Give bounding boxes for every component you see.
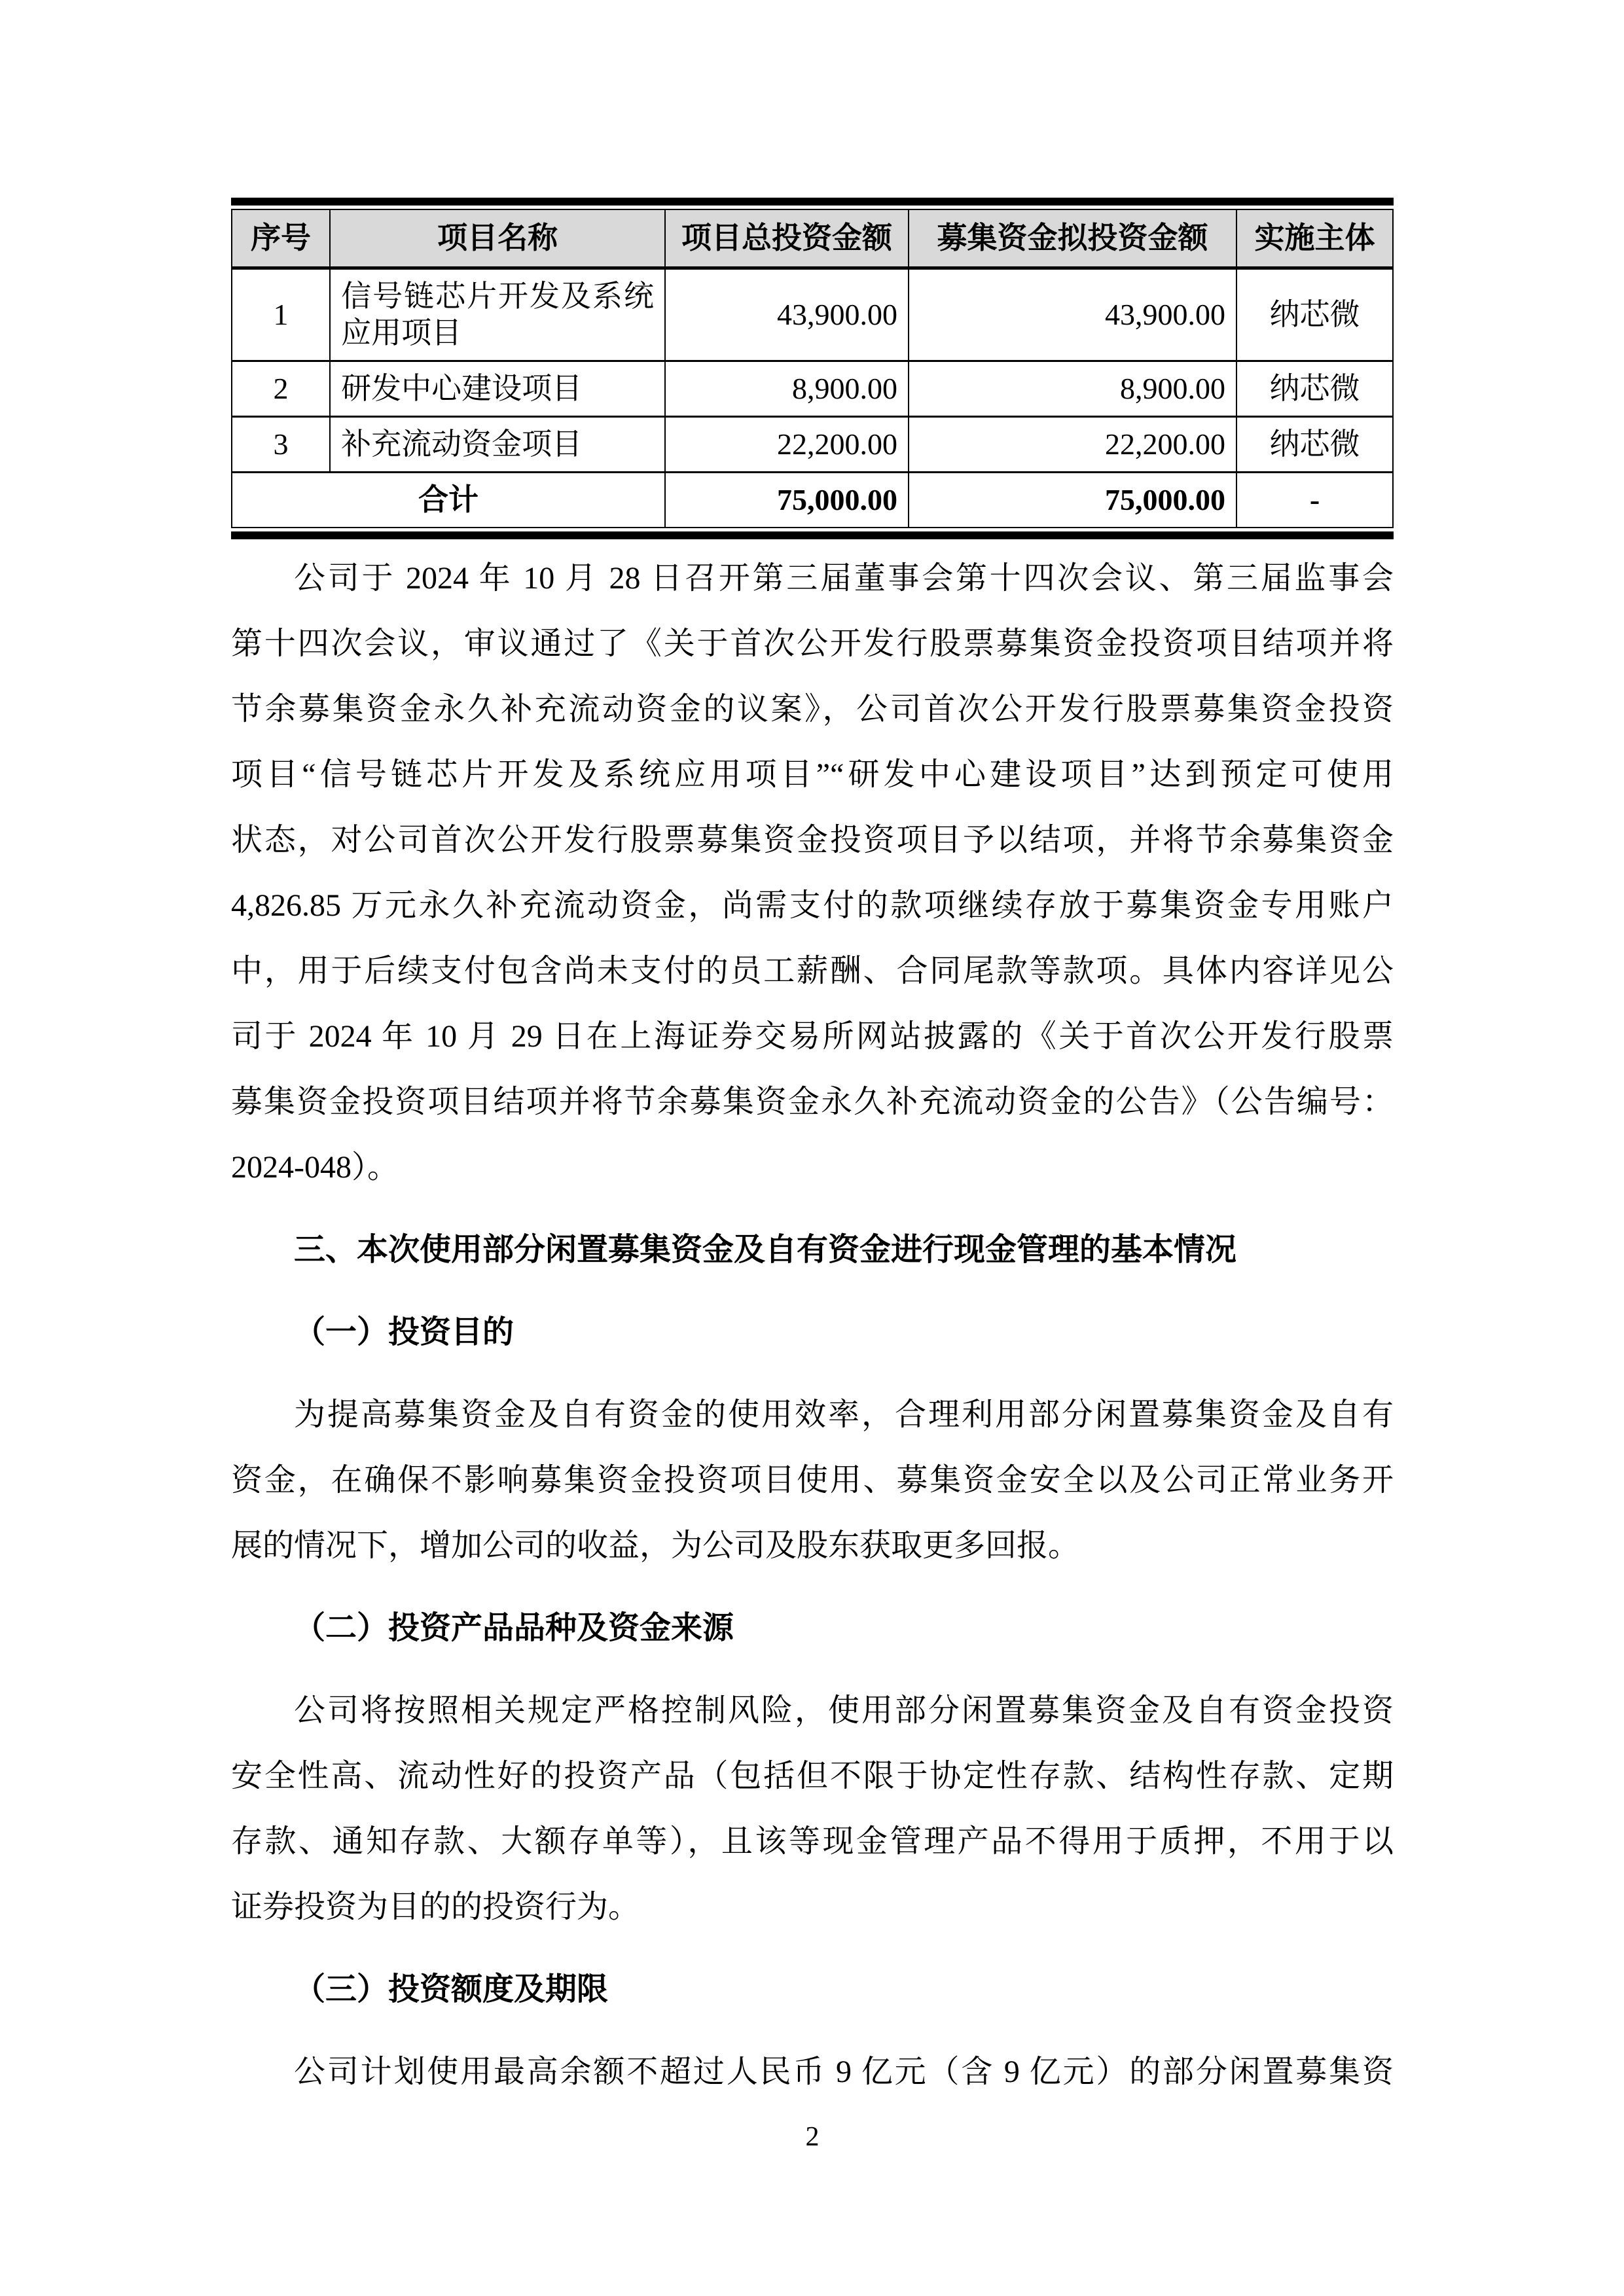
text-line: 状态，对公司首次公开发行股票募集资金投资项目予以结项，并将节余募集资金	[231, 808, 1394, 873]
header-total-investment: 项目总投资金额	[665, 209, 909, 268]
text-line: 展的情况下，增加公司的收益，为公司及股东获取更多回报。	[231, 1513, 1394, 1579]
table-bottom-rule	[231, 531, 1394, 539]
text-line: 中，用于后续支付包含尚未支付的员工薪酬、合同尾款等款项。具体内容详见公	[231, 939, 1394, 1004]
row2-project-name: 研发中心建设项目	[330, 361, 665, 417]
table-total-row: 合计 75,000.00 75,000.00 -	[232, 473, 1393, 528]
row1-seq: 1	[232, 268, 330, 361]
row3-total-investment: 22,200.00	[665, 417, 909, 473]
subsection-heading-3: （三）投资额度及期限	[231, 1957, 1394, 2022]
total-label: 合计	[232, 473, 665, 528]
section-heading-3: 三、本次使用部分闲置募集资金及自有资金进行现金管理的基本情况	[231, 1217, 1394, 1283]
table-row: 1 信号链芯片开发及系统应用项目 43,900.00 43,900.00 纳芯微	[232, 268, 1393, 361]
text-line: 司于 2024 年 10 月 29 日在上海证券交易所网站披露的《关于首次公开发…	[231, 1004, 1394, 1069]
document-page: 序号 项目名称 项目总投资金额 募集资金拟投资金额 实施主体 1 信号链芯片开发…	[0, 0, 1624, 2296]
text-line: 2024-048）。	[231, 1135, 1394, 1200]
table-row: 3 补充流动资金项目 22,200.00 22,200.00 纳芯微	[232, 417, 1393, 473]
text-line: 为提高募集资金及自有资金的使用效率，合理利用部分闲置募集资金及自有	[231, 1382, 1394, 1448]
funding-projects-table: 序号 项目名称 项目总投资金额 募集资金拟投资金额 实施主体 1 信号链芯片开发…	[231, 209, 1394, 528]
text-line: 证券投资为目的的投资行为。	[231, 1874, 1394, 1940]
paragraph-board-resolution: 公司于 2024 年 10 月 28 日召开第三届董事会第十四次会议、第三届监事…	[231, 546, 1394, 1200]
text-line: 存款、通知存款、大额存单等），且该等现金管理产品不得用于质押，不用于以	[231, 1809, 1394, 1874]
text-line: 节余募集资金永久补充流动资金的议案》，公司首次公开发行股票募集资金投资	[231, 677, 1394, 742]
total-entity: -	[1236, 473, 1393, 528]
text-line: 资金，在确保不影响募集资金投资项目使用、募集资金安全以及公司正常业务开	[231, 1448, 1394, 1513]
header-seq: 序号	[232, 209, 330, 268]
row1-project-name: 信号链芯片开发及系统应用项目	[330, 268, 665, 361]
text-line: 募集资金投资项目结项并将节余募集资金永久补充流动资金的公告》（公告编号：	[231, 1069, 1394, 1135]
paragraph-investment-purpose: 为提高募集资金及自有资金的使用效率，合理利用部分闲置募集资金及自有 资金，在确保…	[231, 1382, 1394, 1579]
row2-entity: 纳芯微	[1236, 361, 1393, 417]
row2-total-investment: 8,900.00	[665, 361, 909, 417]
row2-raised-investment: 8,900.00	[909, 361, 1236, 417]
page-content: 序号 项目名称 项目总投资金额 募集资金拟投资金额 实施主体 1 信号链芯片开发…	[231, 198, 1394, 2105]
text-line: 公司于 2024 年 10 月 28 日召开第三届董事会第十四次会议、第三届监事…	[231, 546, 1394, 611]
row3-entity: 纳芯微	[1236, 417, 1393, 473]
row1-total-investment: 43,900.00	[665, 268, 909, 361]
text-line: 4,826.85 万元永久补充流动资金，尚需支付的款项继续存放于募集资金专用账户	[231, 873, 1394, 939]
subsection-heading-1: （一）投资目的	[231, 1300, 1394, 1365]
row1-entity: 纳芯微	[1236, 268, 1393, 361]
text-line: 安全性高、流动性好的投资产品（包括但不限于协定性存款、结构性存款、定期	[231, 1744, 1394, 1809]
page-number: 2	[231, 2121, 1394, 2153]
row3-project-name: 补充流动资金项目	[330, 417, 665, 473]
row2-seq: 2	[232, 361, 330, 417]
row3-seq: 3	[232, 417, 330, 473]
table-header-row: 序号 项目名称 项目总投资金额 募集资金拟投资金额 实施主体	[232, 209, 1393, 268]
text-line: 第十四次会议，审议通过了《关于首次公开发行股票募集资金投资项目结项并将	[231, 611, 1394, 677]
text-line: 公司计划使用最高余额不超过人民币 9 亿元（含 9 亿元）的部分闲置募集资	[231, 2039, 1394, 2105]
text-line: 项目“信号链芯片开发及系统应用项目”“研发中心建设项目”达到预定可使用	[231, 742, 1394, 808]
total-total-investment: 75,000.00	[665, 473, 909, 528]
header-entity: 实施主体	[1236, 209, 1393, 268]
text-line: 公司将按照相关规定严格控制风险，使用部分闲置募集资金及自有资金投资	[231, 1678, 1394, 1744]
header-raised-investment: 募集资金拟投资金额	[909, 209, 1236, 268]
paragraph-product-types: 公司将按照相关规定严格控制风险，使用部分闲置募集资金及自有资金投资 安全性高、流…	[231, 1678, 1394, 1940]
total-raised-investment: 75,000.00	[909, 473, 1236, 528]
subsection-heading-2: （二）投资产品品种及资金来源	[231, 1596, 1394, 1661]
row1-raised-investment: 43,900.00	[909, 268, 1236, 361]
table-top-rule	[231, 198, 1394, 206]
header-project-name: 项目名称	[330, 209, 665, 268]
paragraph-investment-limit: 公司计划使用最高余额不超过人民币 9 亿元（含 9 亿元）的部分闲置募集资	[231, 2039, 1394, 2105]
table-row: 2 研发中心建设项目 8,900.00 8,900.00 纳芯微	[232, 361, 1393, 417]
row3-raised-investment: 22,200.00	[909, 417, 1236, 473]
